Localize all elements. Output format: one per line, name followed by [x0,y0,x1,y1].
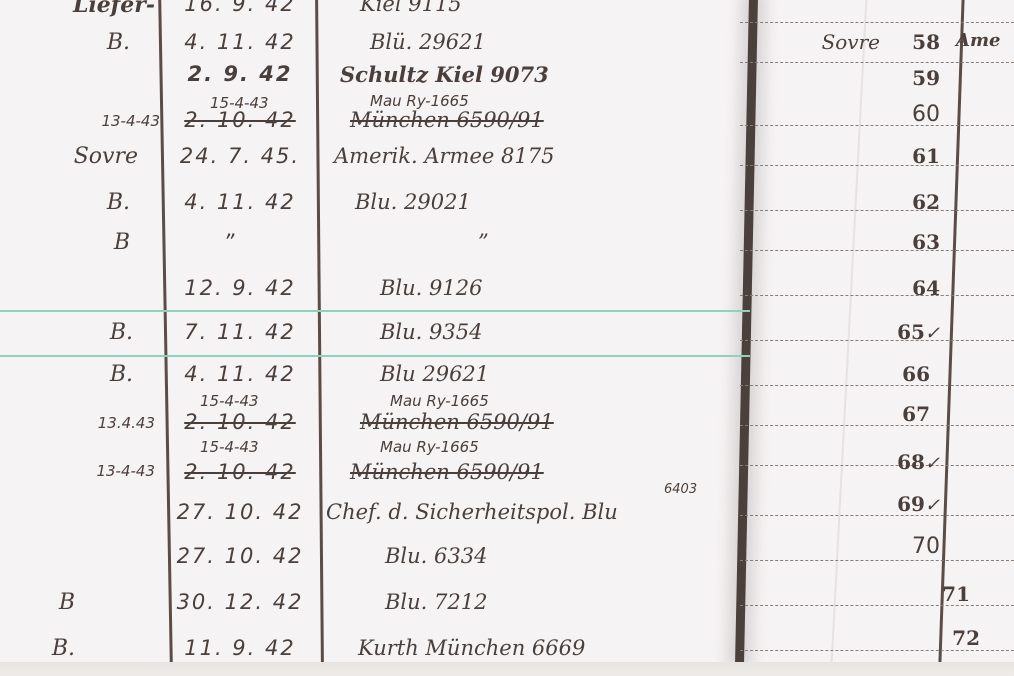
row-entry-number: 66 [870,362,930,386]
row-right-note: Ame [956,30,1000,51]
row-name: B. [30,190,130,215]
row-name: Liefer- [30,0,155,18]
row-destination: Blu. 9126 [380,276,780,300]
row-destination-correction: Mau Ry-1665 [390,392,489,410]
row-date: 4. 11. 42 [170,190,310,214]
row-entry-number: 62 [880,190,940,214]
row-entry-number: 68✓ [880,450,940,474]
row-entry-number: 67 [870,402,930,426]
row-name: B [30,230,130,255]
row-date: 30. 12. 42 [170,590,310,614]
row-side-note: 13-4-43 [40,112,160,130]
row-name: B. [0,636,75,661]
row-date: 2. 10. 42 [170,460,310,484]
row-destination: München 6590/91 [350,108,750,132]
row-date: 11. 9. 42 [170,636,310,660]
row-date-correction: 15-4-43 [200,438,259,456]
row-date: 27. 10. 42 [170,500,310,524]
register-row: 2. 9. 42 Schultz Kiel 9073 59 [0,62,1014,104]
row-destination: Blu. 6334 [385,544,785,568]
register-row: Liefer- 16. 9. 42 Kiel 9115 [0,0,1014,34]
row-destination-superscript: 6403 [664,482,697,497]
row-date: 2. 10. 42 [170,410,310,434]
row-destination-correction: Mau Ry-1665 [380,438,479,456]
row-annotation: Sovre [800,30,880,54]
row-destination: München 6590/91 [360,410,760,434]
row-name: B. [30,320,133,345]
row-destination: Blu. 9354 [380,320,780,344]
row-entry-number: 70 [880,534,940,559]
register-row: 12. 9. 42 Blu. 9126 64 [0,276,1014,318]
row-entry-number: 72 [920,626,980,650]
row-date: 24. 7. 45. [170,144,310,168]
row-name: B. [30,362,133,387]
page-bottom-edge [0,662,1014,676]
row-destination: Amerik. Armee 8175 [334,144,734,168]
row-entry-number: 71 [910,582,970,606]
row-entry-number: 61 [880,144,940,168]
register-page: Liefer- 16. 9. 42 Kiel 9115 B. 4. 11. 42… [0,0,1014,662]
row-date: 4. 11. 42 [170,362,310,386]
row-entry-number: 63 [880,230,940,254]
row-side-note: 13-4-43 [30,462,155,480]
row-name: B. [30,30,130,55]
row-date: 2. 9. 42 [170,62,310,86]
row-destination: Blu. 7212 [385,590,785,614]
register-row: 27. 10. 42 Blu. 6334 70 [0,544,1014,586]
register-row: B. 4. 11. 42 Blu. 29021 62 [0,190,1014,232]
row-destination: Blu. 29021 [355,190,755,214]
row-date: 16. 9. 42 [170,0,310,16]
row-entry-number: 69✓ [880,492,940,516]
register-row: 13-4-43 15-4-43 2. 10. 42 Mau Ry-1665 Mü… [0,438,1014,480]
register-row: 27. 10. 42 Chef. d. Sicherheitspol. Blu … [0,500,1014,542]
row-destination: Blü. 29621 [370,30,770,54]
register-row: B. 11. 9. 42 Kurth München 6669 72 [0,636,1014,662]
row-date: 12. 9. 42 [170,276,310,300]
check-mark-icon: ✓ [925,453,940,474]
row-entry-number: 60 [880,102,940,127]
row-entry-number: 59 [880,66,940,90]
register-row: B ” ” 63 [0,230,1014,272]
row-destination: Schultz Kiel 9073 [340,62,740,87]
row-date: 7. 11. 42 [170,320,310,344]
row-entry-number: 58 [880,30,940,54]
row-destination: Chef. d. Sicherheitspol. Blu [326,500,726,524]
row-date: ” [160,230,300,254]
row-destination: Blu 29621 [380,362,780,386]
check-mark-icon: ✓ [925,323,940,344]
row-name: Sovre [30,144,138,169]
register-row: B 30. 12. 42 Blu. 7212 71 [0,590,1014,632]
row-destination: ” [478,230,878,254]
register-row: 13.4.43 15-4-43 2. 10. 42 Mau Ry-1665 Mü… [0,396,1014,438]
row-entry-number: 64 [880,276,940,300]
row-date: 27. 10. 42 [170,544,310,568]
row-destination: München 6590/91 [350,460,750,484]
row-destination: Kiel 9115 [360,0,760,16]
check-mark-icon: ✓ [925,495,940,516]
row-name: B [0,590,75,615]
row-date: 4. 11. 42 [170,30,310,54]
row-date-correction: 15-4-43 [200,392,259,410]
row-entry-number: 65✓ [880,320,940,344]
row-destination: Kurth München 6669 [358,636,758,660]
register-row: Sovre 24. 7. 45. Amerik. Armee 8175 61 [0,144,1014,186]
register-row: 13-4-43 15-4-43 2. 10. 42 Mau Ry-1665 Mü… [0,100,1014,142]
row-side-note: 13.4.43 [30,414,155,432]
register-row: B. 7. 11. 42 Blu. 9354 65✓ [0,320,1014,362]
row-date: 2. 10. 42 [170,108,310,132]
